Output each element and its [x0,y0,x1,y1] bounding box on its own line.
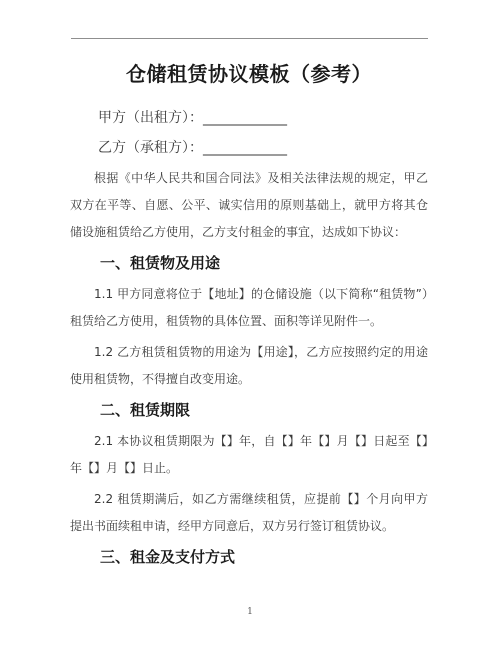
document-page: 仓储租赁协议模板（参考） 甲方（出租方）：____________ 乙方（承租方… [0,0,500,647]
section-heading-2: 二、租赁期限 [70,397,428,424]
intro-paragraph: 根据《中华人民共和国合同法》及相关法律法规的规定，甲乙双方在平等、自愿、公平、诚… [70,165,428,246]
party-b-label: 乙方（承租方）： [98,140,203,156]
clause-1-2: 1.2 乙方租赁租赁物的用途为【用途】，乙方应按照约定的用途使用租赁物，不得擅自… [70,339,428,393]
clause-2-1: 2.1 本协议租赁期限为【】年，自【】年【】月【】日起至【】年【】月【】日止。 [70,428,428,482]
clause-2-2: 2.2 租赁期满后，如乙方需继续租赁，应提前【】个月向甲方提出书面续租申请，经甲… [70,486,428,540]
party-a-line: 甲方（出租方）：____________ [70,103,428,133]
party-a-label: 甲方（出租方）： [98,110,203,126]
section-heading-3: 三、租金及支付方式 [70,544,428,571]
document-content: 仓储租赁协议模板（参考） 甲方（出租方）：____________ 乙方（承租方… [70,39,428,575]
page-number: 1 [0,606,500,618]
party-a-blank-line: ____________ [203,110,287,126]
party-b-line: 乙方（承租方）：____________ [70,133,428,163]
section-heading-1: 一、租赁物及用途 [70,250,428,277]
document-title: 仓储租赁协议模板（参考） [70,59,428,89]
clause-1-1: 1.1 甲方同意将位于【地址】的仓储设施（以下简称“租赁物”）租赁给乙方使用，租… [70,281,428,335]
party-b-blank-line: ____________ [203,140,287,156]
